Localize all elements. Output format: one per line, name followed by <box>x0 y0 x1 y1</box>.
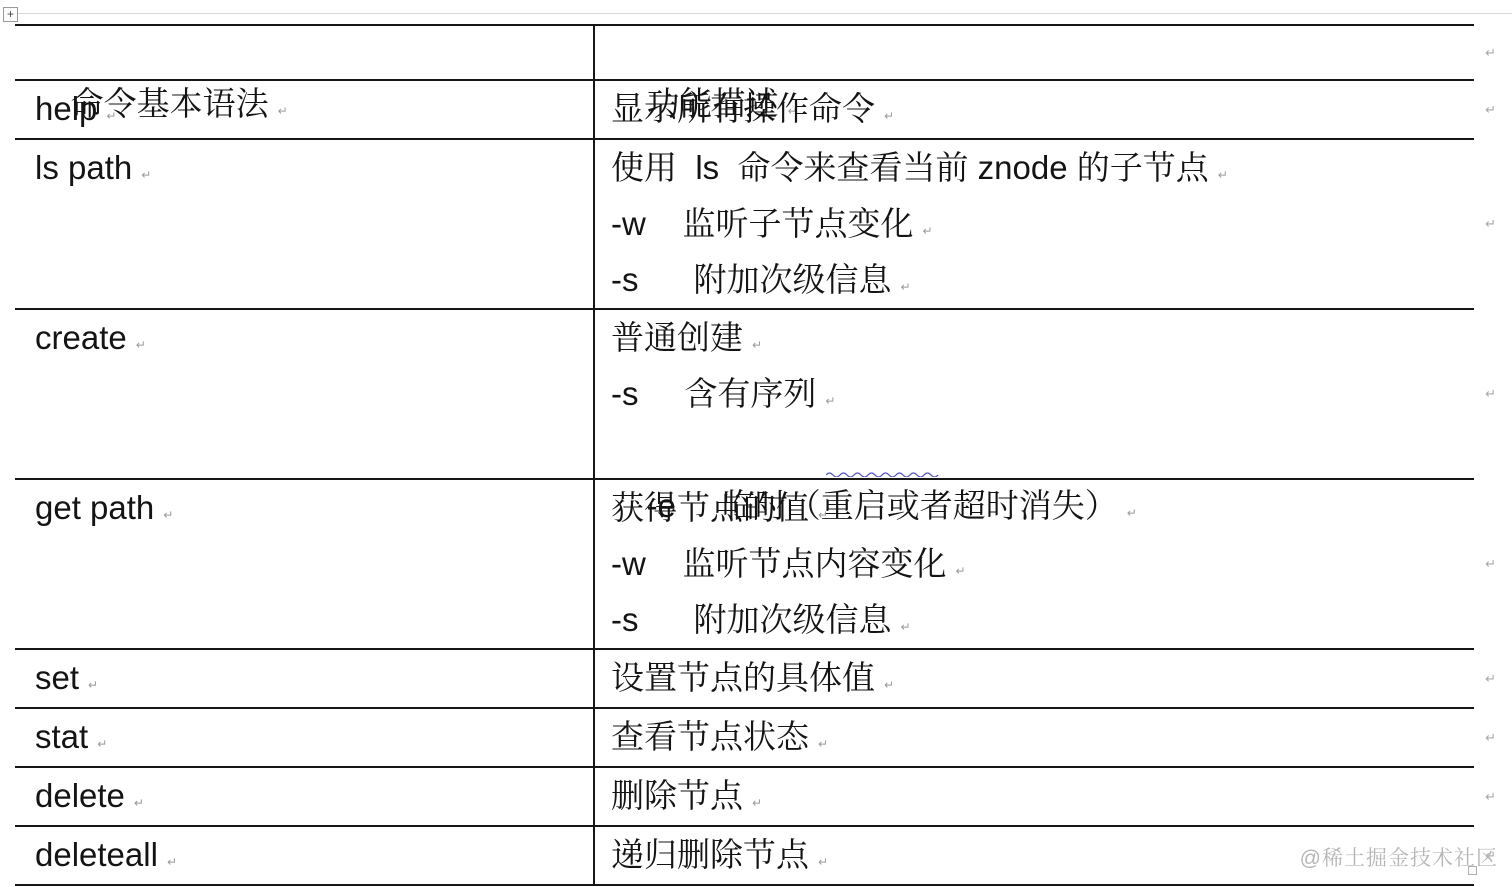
command-syntax: delete <box>35 777 125 814</box>
command-desc: -s 附加次级信息 <box>611 601 892 638</box>
paragraph-mark-icon <box>892 618 911 635</box>
command-syntax: set <box>35 659 79 696</box>
paragraph-mark-icon <box>809 506 828 523</box>
table-move-handle[interactable]: + <box>3 7 18 22</box>
table-header-row: 命令基本语法 功能描述 <box>15 26 1474 81</box>
row-end-mark-icon <box>1485 729 1496 747</box>
command-syntax: ls path <box>35 149 132 186</box>
syntax-cell: set <box>15 650 595 707</box>
paragraph-mark-icon <box>97 107 116 124</box>
paragraph-mark-icon <box>892 278 911 295</box>
table-row-create: create 普通创建 -s 含有序列 -e 临时（重启或者超时消失） <box>15 310 1474 480</box>
paragraph-mark-icon <box>132 166 151 183</box>
command-desc: 删除节点 <box>611 777 743 814</box>
paragraph-mark-icon <box>1209 166 1228 183</box>
table-resize-handle[interactable] <box>1468 866 1477 875</box>
command-desc: 普通创建 <box>611 319 743 356</box>
command-syntax: stat <box>35 718 88 755</box>
table-row-delete: delete 删除节点 <box>15 768 1474 827</box>
move-cross-icon: + <box>7 7 14 21</box>
paragraph-mark-icon <box>875 107 894 124</box>
command-desc: 设置节点的具体值 <box>611 659 875 696</box>
paragraph-mark-icon <box>809 853 828 870</box>
command-desc: 显示所有操作命令 <box>611 90 875 127</box>
command-syntax: create <box>35 319 127 356</box>
paragraph-mark-icon <box>809 735 828 752</box>
command-desc: 获得节点的值 <box>611 489 809 526</box>
command-syntax: get path <box>35 489 154 526</box>
row-end-mark-icon <box>1485 101 1496 119</box>
desc-cell: 删除节点 <box>595 768 1474 825</box>
paragraph-mark-icon <box>875 676 894 693</box>
paragraph-mark-icon <box>743 336 762 353</box>
syntax-cell: delete <box>15 768 595 825</box>
command-desc: -s 含有序列 <box>611 375 816 412</box>
paragraph-mark-icon <box>947 562 966 579</box>
row-end-mark-icon <box>1485 215 1496 233</box>
paragraph-mark-icon <box>743 794 762 811</box>
table-row-deleteall: deleteall 递归删除节点 <box>15 827 1474 886</box>
table-row-help: help 显示所有操作命令 <box>15 81 1474 140</box>
table-row-set: set 设置节点的具体值 <box>15 650 1474 709</box>
row-end-mark-icon <box>1485 788 1496 806</box>
command-desc: -w 监听子节点变化 <box>611 205 914 242</box>
table-row-stat: stat 查看节点状态 <box>15 709 1474 768</box>
desc-cell: 普通创建 -s 含有序列 -e 临时（重启或者超时消失） <box>595 310 1474 478</box>
paragraph-mark-icon <box>914 222 933 239</box>
syntax-cell: help <box>15 81 595 138</box>
command-desc: 查看节点状态 <box>611 718 809 755</box>
paragraph-mark-icon <box>158 853 177 870</box>
row-end-mark-icon <box>1485 385 1496 403</box>
command-desc: 递归删除节点 <box>611 836 809 873</box>
command-desc: 使用 ls 命令来查看当前 znode 的子节点 <box>611 149 1209 186</box>
syntax-cell: ls path <box>15 140 595 308</box>
syntax-cell: deleteall <box>15 827 595 884</box>
desc-cell: 获得节点的值 -w 监听节点内容变化 -s 附加次级信息 <box>595 480 1474 648</box>
command-syntax: deleteall <box>35 836 158 873</box>
paragraph-mark-icon <box>79 676 98 693</box>
header-cell-desc: 功能描述 <box>595 26 1474 79</box>
header-cell-syntax: 命令基本语法 <box>15 26 595 79</box>
paragraph-mark-icon <box>127 336 146 353</box>
syntax-cell: stat <box>15 709 595 766</box>
command-desc: -s 附加次级信息 <box>611 261 892 298</box>
table-row-ls-path: ls path 使用 ls 命令来查看当前 znode 的子节点 -w 监听子节… <box>15 140 1474 310</box>
row-end-mark-icon <box>1485 670 1496 688</box>
desc-cell: 设置节点的具体值 <box>595 650 1474 707</box>
command-syntax: help <box>35 90 97 127</box>
paragraph-mark-icon <box>816 392 835 409</box>
row-end-mark-icon <box>1485 555 1496 573</box>
syntax-cell: create <box>15 310 595 478</box>
command-desc: -w 监听节点内容变化 <box>611 545 947 582</box>
row-end-mark-icon <box>1485 44 1496 62</box>
table-row-get-path: get path 获得节点的值 -w 监听节点内容变化 -s 附加次级信息 <box>15 480 1474 650</box>
spellcheck-squiggle-icon <box>826 471 939 477</box>
desc-cell: 显示所有操作命令 <box>595 81 1474 138</box>
page-guide-line <box>18 13 1512 14</box>
paragraph-mark-icon <box>88 735 107 752</box>
syntax-cell: get path <box>15 480 595 648</box>
desc-cell: 查看节点状态 <box>595 709 1474 766</box>
desc-cell: 使用 ls 命令来查看当前 znode 的子节点 -w 监听子节点变化 -s 附… <box>595 140 1474 308</box>
paragraph-mark-icon <box>125 794 144 811</box>
paragraph-mark-icon <box>154 506 173 523</box>
zookeeper-command-table: 命令基本语法 功能描述 help 显示所有操作命令 ls path 使用 ls … <box>15 24 1474 886</box>
